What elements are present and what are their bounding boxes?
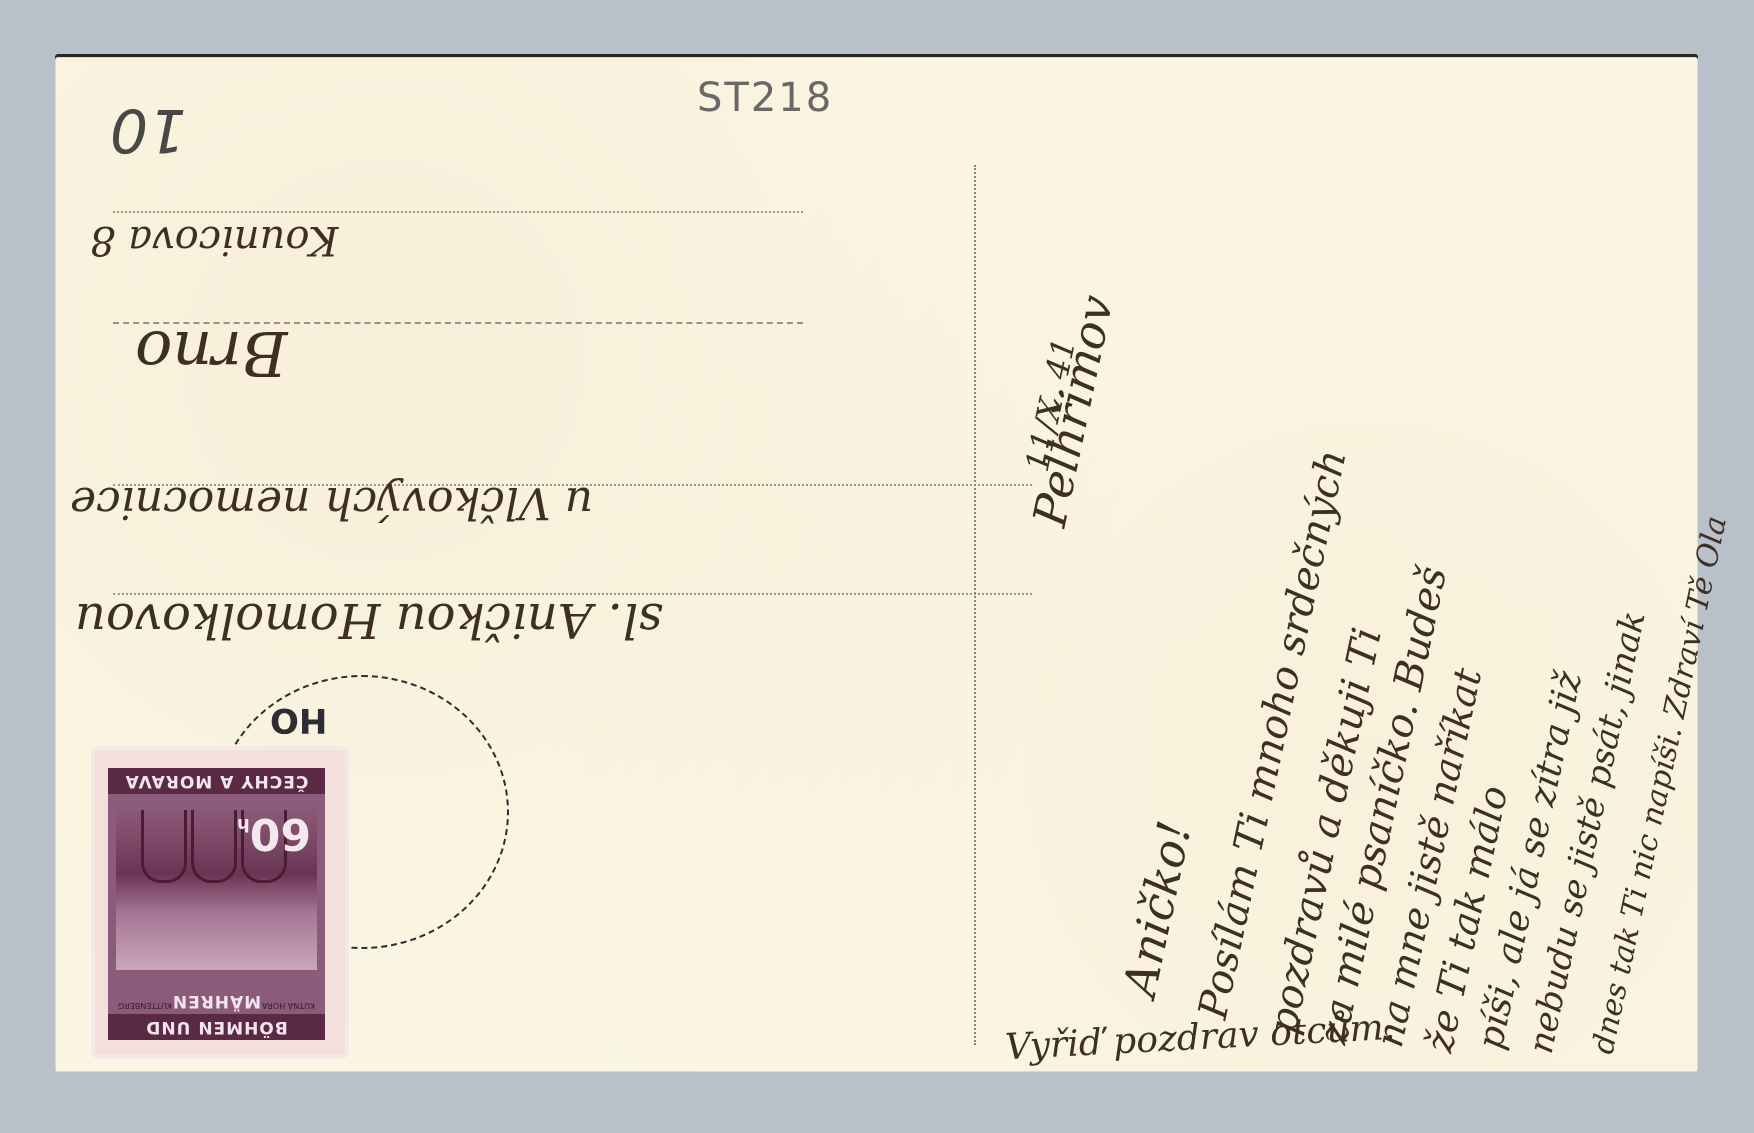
stamp-place-right: KUTTENBERG xyxy=(118,798,172,1010)
address-line-2-text: u Vlčkových nemocnice xyxy=(70,477,593,528)
address-line-3-text: Brno xyxy=(135,317,287,390)
catalog-label: ST218 xyxy=(697,75,833,121)
stamp-country-bottom: BÖHMEN UND MÄHREN xyxy=(108,1014,325,1040)
address-line-4-text: Kounicova 8 xyxy=(90,217,338,263)
stamp-design: BÖHMEN UND MÄHREN KUTNÁ HORA KUTTENBERG … xyxy=(108,768,325,1040)
stamp-country-top: ČECHY A MORAVA xyxy=(108,768,325,794)
pencil-note: 10 xyxy=(110,95,186,165)
address-line-1 xyxy=(113,211,803,213)
stamp-value: 60h xyxy=(237,808,311,859)
message-greeting: Aničko! xyxy=(1112,816,1202,1001)
center-divider xyxy=(974,165,976,1045)
message-postscript: Vyřiď pozdrav otcům. xyxy=(1004,1007,1396,1068)
postmark-town: HO xyxy=(270,700,327,740)
postage-stamp: BÖHMEN UND MÄHREN KUTNÁ HORA KUTTENBERG … xyxy=(95,750,345,1055)
address-line-1-text: sl. Aničkou Homolkovou xyxy=(75,592,663,648)
